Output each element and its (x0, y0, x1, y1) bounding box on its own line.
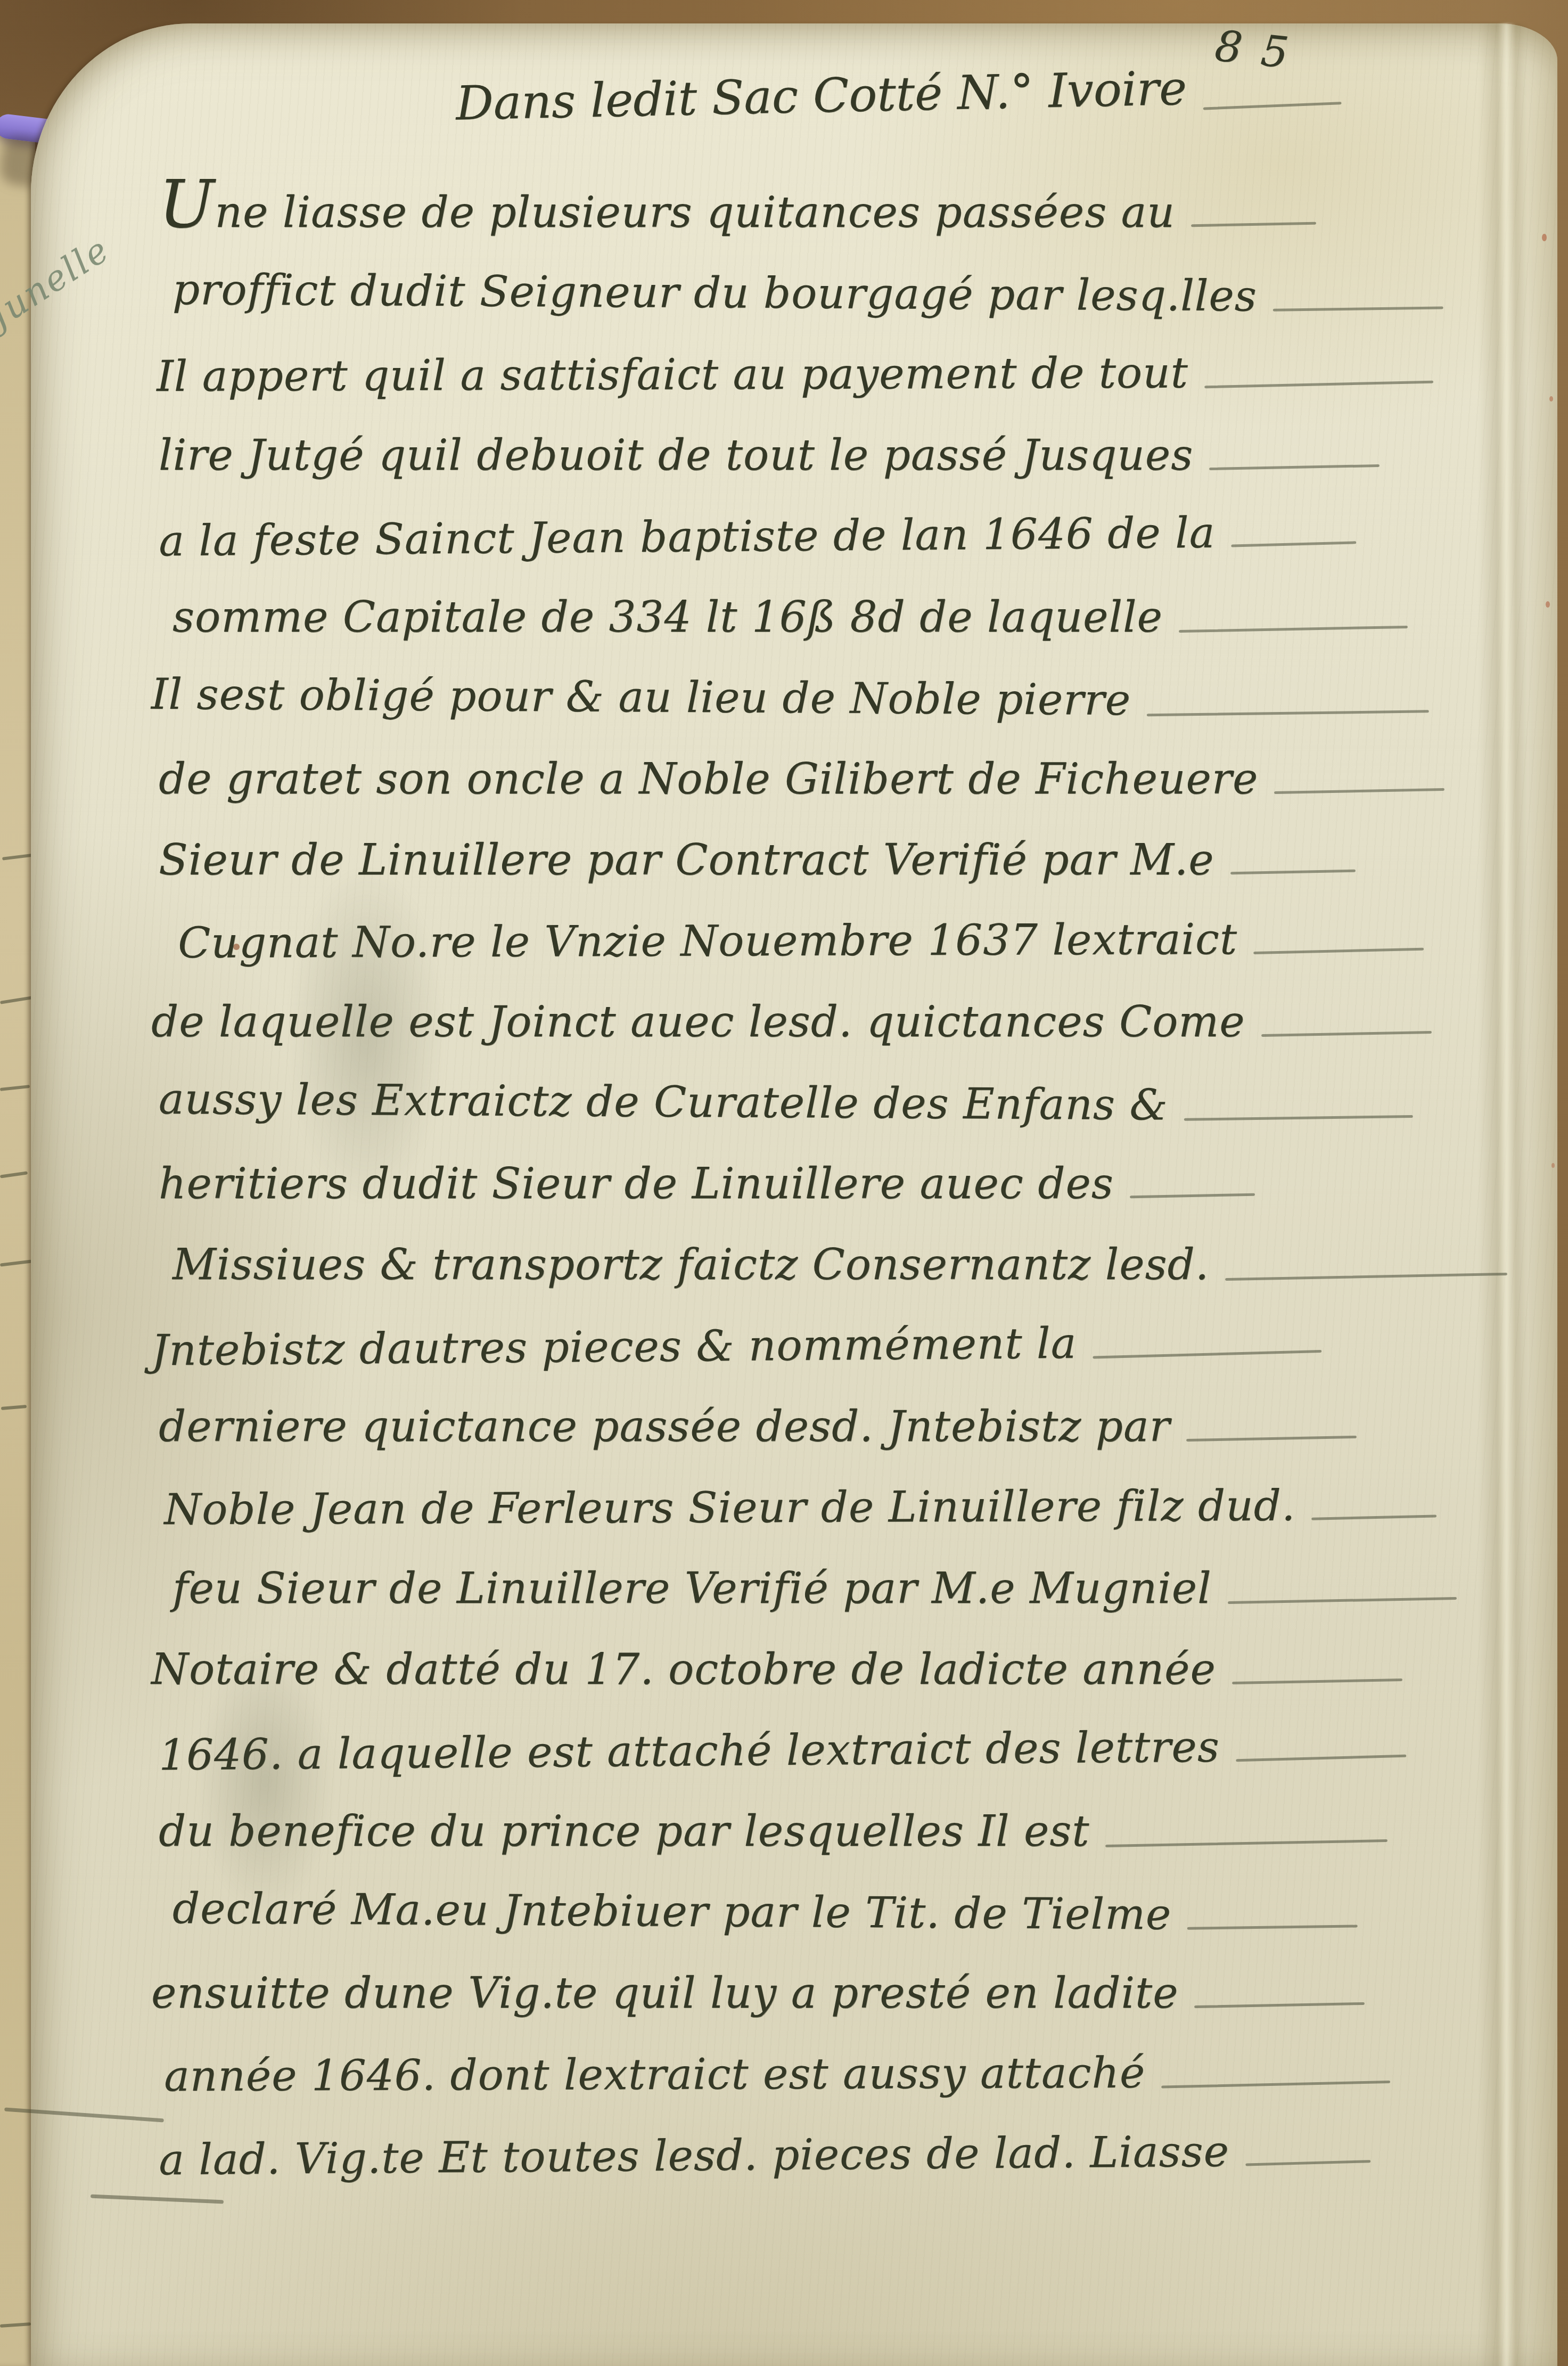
manuscript-line-text: ensuitte dune Vig.te quil luy a presté e… (151, 1962, 1178, 2025)
manuscript-line: 1646. a laquelle est attaché lextraict d… (0, 1694, 1568, 1788)
manuscript-line: Une liasse de plusieurs quitances passée… (0, 163, 1568, 244)
manuscript-lines: Une liasse de plusieurs quitances passée… (0, 163, 1568, 2187)
manuscript-line: de gratet son oncle a Noble Gilibert de … (0, 730, 1568, 811)
flourish-dash (1203, 102, 1342, 110)
manuscript-line-text: proffict dudit Seigneur du bourgagé par … (173, 258, 1258, 328)
line-filler-dash (1130, 1193, 1255, 1199)
line-filler-dash (1232, 1679, 1402, 1684)
manuscript-line-text: somme Capitale de 334 lt 16ß 8d de laque… (173, 586, 1163, 649)
line-filler-dash (1261, 1031, 1432, 1037)
manuscript-line-text: de gratet son oncle a Noble Gilibert de … (159, 748, 1258, 811)
manuscript-line: Il sest obligé pour & au lieu de Noble p… (0, 644, 1568, 734)
manuscript-line: aussy les Extraictz de Curatelle des Enf… (0, 1049, 1568, 1139)
manuscript-line-text: année 1646. dont lextraict est aussy att… (164, 2042, 1146, 2108)
line-filler-dash (1228, 1597, 1457, 1604)
line-filler-dash (1225, 1273, 1507, 1281)
manuscript-line: ensuitte dune Vig.te quil luy a presté e… (0, 1944, 1568, 2025)
line-filler-dash (1209, 464, 1380, 470)
manuscript-line: proffict dudit Seigneur du bourgagé par … (0, 239, 1568, 330)
line-filler-dash (1179, 626, 1408, 633)
manuscript-line: Missiues & transportz faictz Consernantz… (0, 1215, 1568, 1296)
manuscript-line-text: Il appert quil a sattisfaict au payement… (157, 341, 1188, 408)
line-filler-dash (1204, 381, 1433, 389)
line-filler-dash (1245, 2160, 1370, 2166)
line-filler-dash (1187, 1925, 1358, 1930)
line-filler-dash (1236, 1755, 1406, 1762)
line-filler-dash (1253, 948, 1424, 954)
manuscript-line-text: heritiers dudit Sieur de Linuillere auec… (159, 1152, 1114, 1215)
line-filler-dash (1191, 222, 1316, 227)
line-filler-dash (1184, 1115, 1413, 1121)
manuscript-line: a lad. Vig.te Et toutes lesd. pieces de … (0, 2099, 1568, 2192)
manuscript-line: Notaire & datté du 17. octobre de ladict… (0, 1620, 1568, 1701)
manuscript-line: lire Jutgé quil debuoit de tout le passé… (0, 406, 1568, 487)
manuscript-line-text: Sieur de Linuillere par Contract Verifié… (159, 829, 1214, 891)
manuscript-line: somme Capitale de 334 lt 16ß 8d de laque… (0, 568, 1568, 649)
manuscript-line-text: a lad. Vig.te Et toutes lesd. pieces de … (159, 2120, 1230, 2191)
line-filler-dash (1230, 870, 1356, 875)
manuscript-line: declaré Ma.eu Jntebiuer par le Tit. de T… (0, 1858, 1568, 1949)
manuscript-line: année 1646. dont lextraict est aussy att… (5, 2022, 1568, 2108)
manuscript-line-text: declaré Ma.eu Jntebiuer par le Tit. de T… (173, 1877, 1172, 1946)
manuscript-line-text: Noble Jean de Ferleurs Sieur de Linuille… (164, 1475, 1296, 1541)
manuscript-line: Jntebistz dautres pieces & nommément la (0, 1290, 1568, 1383)
manuscript-line-text: 1646. a laquelle est attaché lextraict d… (159, 1716, 1220, 1787)
manuscript-line: Cugnat No.re le Vnzie Nouembre 1637 lext… (5, 889, 1568, 975)
line-filler-dash (1194, 2002, 1365, 2008)
manuscript-line-text: Il sest obligé pour & au lieu de Noble p… (151, 663, 1131, 732)
manuscript-line-text: a la feste Sainct Jean baptiste de lan 1… (159, 502, 1216, 573)
line-filler-dash (1311, 1514, 1436, 1520)
manuscript-line-text: Une liasse de plusieurs quitances passée… (159, 181, 1175, 244)
manuscript-line: heritiers dudit Sieur de Linuillere auec… (0, 1134, 1568, 1215)
manuscript-photo: 85 Dans ledit Sac Cotté N.° Ivoire Junel… (0, 0, 1568, 2366)
manuscript-line-text: du benefice du prince par lesquelles Il … (159, 1800, 1089, 1863)
manuscript-line-text: de laquelle est Joinct auec lesd. quicta… (151, 990, 1245, 1053)
manuscript-line-text: Notaire & datté du 17. octobre de ladict… (151, 1638, 1216, 1701)
manuscript-line-text: Cugnat No.re le Vnzie Nouembre 1637 lext… (178, 908, 1237, 975)
manuscript-line: feu Sieur de Linuillere Verifié par M.e … (0, 1539, 1568, 1620)
manuscript-line-text: feu Sieur de Linuillere Verifié par M.e … (173, 1557, 1212, 1620)
manuscript-line: de laquelle est Joinct auec lesd. quicta… (0, 972, 1568, 1053)
manuscript-line: Noble Jean de Ferleurs Sieur de Linuille… (5, 1455, 1568, 1542)
manuscript-line-text: aussy les Extraictz de Curatelle des Enf… (159, 1068, 1168, 1137)
manuscript-line-text: Missiues & transportz faictz Consernantz… (173, 1233, 1209, 1296)
manuscript-line: Sieur de Linuillere par Contract Verifié… (0, 811, 1568, 891)
line-filler-dash (1186, 1436, 1357, 1442)
line-filler-dash (1273, 306, 1443, 311)
manuscript-line-text: Jntebistz dautres pieces & nommément la (151, 1312, 1077, 1382)
manuscript-line: du benefice du prince par lesquelles Il … (0, 1782, 1568, 1863)
line-filler-dash (1161, 2081, 1390, 2089)
manuscript-line: a la feste Sainct Jean baptiste de lan 1… (0, 480, 1568, 574)
line-filler-dash (1274, 788, 1444, 794)
manuscript-line: derniere quictance passée desd. Jntebist… (0, 1377, 1568, 1458)
line-filler-dash (1231, 541, 1356, 547)
line-filler-dash (1093, 1350, 1321, 1359)
manuscript-line: Il appert quil a sattisfaict au payement… (5, 322, 1568, 408)
manuscript-line-text: derniere quictance passée desd. Jntebist… (159, 1395, 1170, 1458)
manuscript-line-text: lire Jutgé quil debuoit de tout le passé… (159, 424, 1193, 487)
line-filler-dash (1147, 710, 1429, 716)
line-filler-dash (1105, 1839, 1388, 1847)
bleed-dash (0, 2322, 31, 2328)
